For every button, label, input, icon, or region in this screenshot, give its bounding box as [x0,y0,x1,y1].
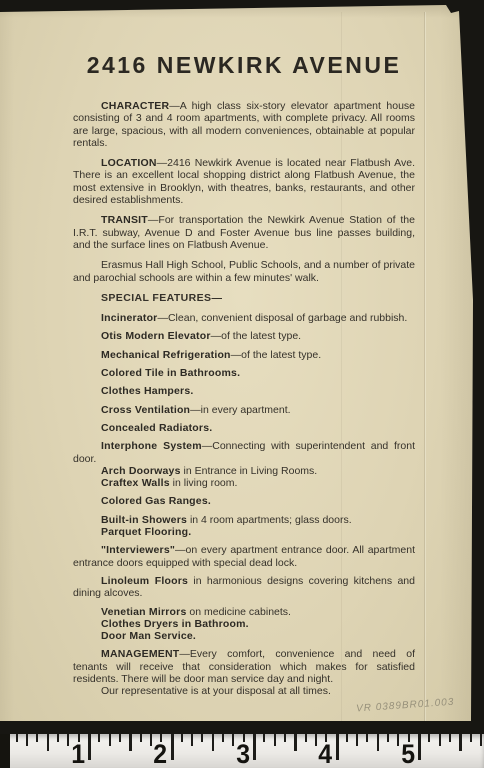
closing-line: Our representative is at your disposal a… [73,685,415,697]
transit-paragraph: TRANSIT—For transportation the Newkirk A… [73,214,415,251]
page-title: 2416 NEWKIRK AVENUE [73,52,415,78]
ruler-tick [150,734,152,746]
ruler-tick [109,734,111,746]
ruler: 123456 [0,734,484,768]
ruler-tick [222,734,224,742]
location-lead: LOCATION [101,157,157,169]
scanned-brochure: { "page": { "title": "2416 NEWKIRK AVENU… [0,0,484,768]
ruler-tick [16,734,18,742]
ruler-tick [67,734,69,746]
feature-item: Otis Modern Elevator—of the latest type. [73,330,415,342]
ruler-tick [263,734,265,742]
ruler-tick [171,734,174,760]
ruler-number: 2 [154,739,168,768]
document-page: 2416 NEWKIRK AVENUE CHARACTER—A high cla… [0,0,484,768]
ruler-tick [98,734,100,742]
ruler-tick [336,734,339,760]
ruler-tick [305,734,307,742]
ruler-tick [140,734,142,742]
ruler-tick [459,734,462,751]
feature-item: Incinerator—Clean, convenient disposal o… [73,312,415,324]
ruler-end-cap [0,734,10,768]
transit-lead: TRANSIT [101,214,148,226]
ruler-tick [274,734,276,746]
ruler-number: 5 [401,739,415,768]
ruler-tick [284,734,286,742]
ruler-tick [201,734,203,742]
ruler-tick [26,734,28,746]
feature-item: Built-in Showers in 4 room apartments; g… [73,514,415,526]
ruler-number: 3 [236,739,250,768]
feature-item: Cross Ventilation—in every apartment. [73,404,415,416]
ruler-tick [418,734,421,760]
feature-item: Concealed Radiators. [73,422,415,434]
ruler-tick [449,734,451,742]
ruler-tick [470,734,472,742]
feature-item: Colored Gas Ranges. [73,495,415,507]
feature-item: Linoleum Floors in harmonious designs co… [73,575,415,600]
ruler-tick [181,734,183,742]
feature-item: Clothes Hampers. [73,385,415,397]
feature-item: Clothes Dryers in Bathroom. [73,618,415,630]
feature-item: Craftex Walls in living room. [73,477,415,489]
feature-item: Arch Doorways in Entrance in Living Room… [73,465,415,477]
location-paragraph: LOCATION—2416 Newkirk Avenue is located … [73,157,415,206]
feature-item: Door Man Service. [73,630,415,642]
feature-item: Interphone System—Connecting with superi… [73,440,415,465]
ruler-tick [315,734,317,746]
ruler-tick [428,734,430,742]
ruler-tick [346,734,348,742]
ruler-tick [397,734,399,746]
character-lead: CHARACTER [101,100,169,112]
ruler-tick [88,734,91,760]
feature-item: "Interviewers"—on every apartment entran… [73,544,415,569]
ruler-number: 1 [71,739,85,768]
ruler-tick [366,734,368,742]
ruler-tick [129,734,132,751]
special-features-header: SPECIAL FEATURES— [73,292,415,304]
feature-item: Parquet Flooring. [73,526,415,538]
ruler-tick [47,734,50,751]
ruler-tick [480,734,482,746]
ruler-number: 4 [319,739,333,768]
ruler-tick [294,734,297,751]
ruler-tick [191,734,193,746]
ruler-tick [119,734,121,742]
feature-item: Venetian Mirrors on medicine cabinets. [73,606,415,618]
feature-item: Colored Tile in Bathrooms. [73,367,415,379]
schools-text: Erasmus Hall High School, Public Schools… [73,259,415,283]
ruler-tick [377,734,380,751]
character-paragraph: CHARACTER—A high class six-story elevato… [73,100,415,149]
schools-paragraph: Erasmus Hall High School, Public Schools… [73,259,415,284]
page-content: 2416 NEWKIRK AVENUE CHARACTER—A high cla… [0,0,484,698]
ruler-tick [253,734,256,760]
ruler-tick [212,734,215,751]
management-paragraph: MANAGEMENT—Every comfort, convenience an… [73,648,415,685]
management-lead: MANAGEMENT [101,648,179,660]
ruler-tick [387,734,389,742]
ruler-tick [439,734,441,746]
ruler-tick [232,734,234,746]
ruler-tick [57,734,59,742]
ruler-tick [36,734,38,742]
feature-item: Mechanical Refrigeration—of the latest t… [73,349,415,361]
ruler-tick [356,734,358,746]
